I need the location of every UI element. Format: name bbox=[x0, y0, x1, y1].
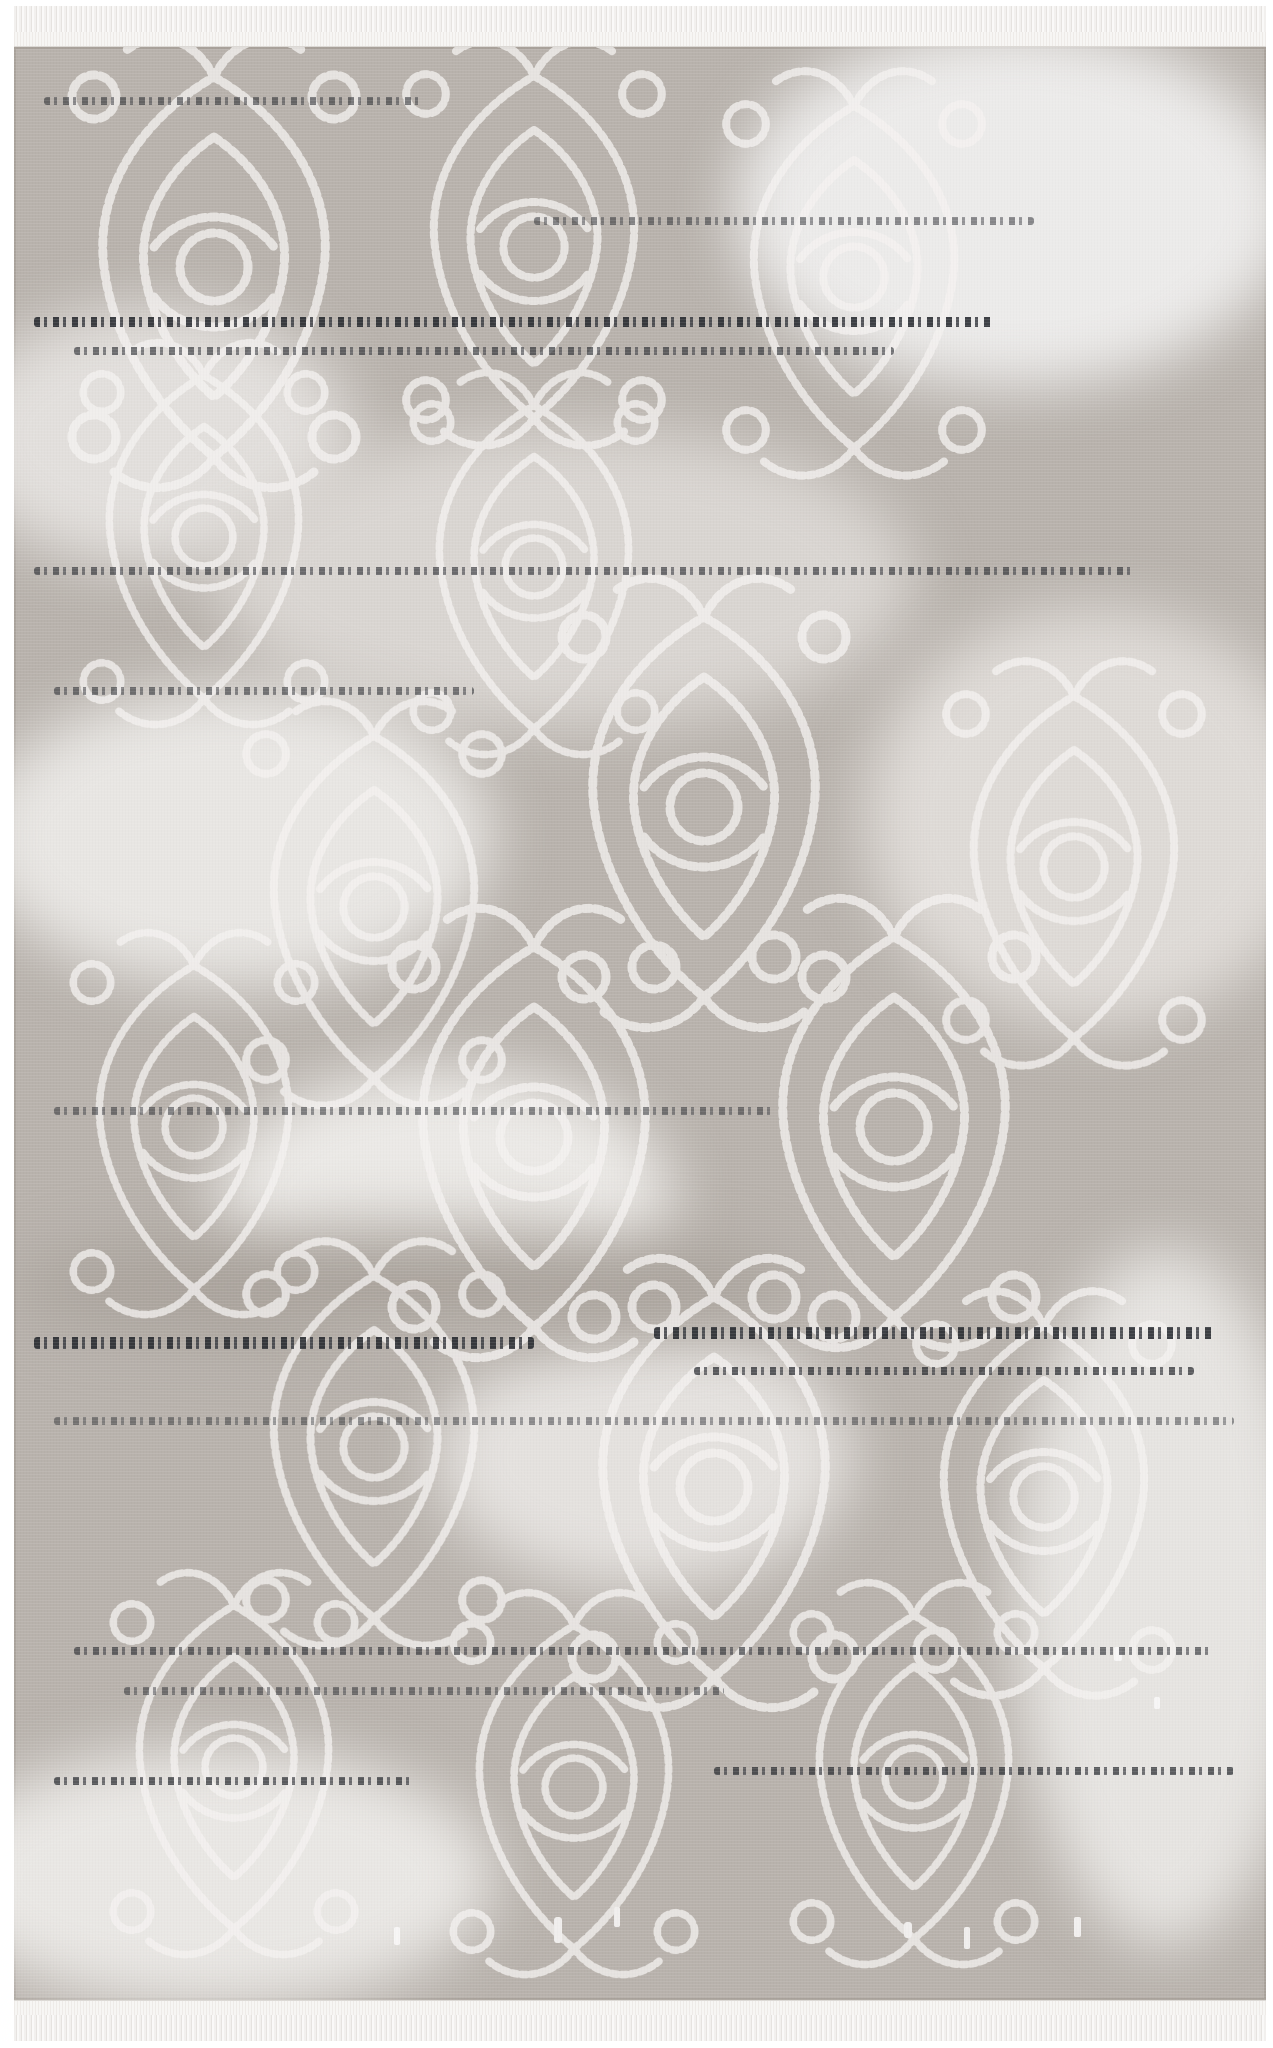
texture-overlay bbox=[14, 47, 1266, 2000]
top-fringe bbox=[14, 6, 1266, 47]
rug bbox=[14, 47, 1266, 2000]
bottom-fringe bbox=[14, 2000, 1266, 2041]
